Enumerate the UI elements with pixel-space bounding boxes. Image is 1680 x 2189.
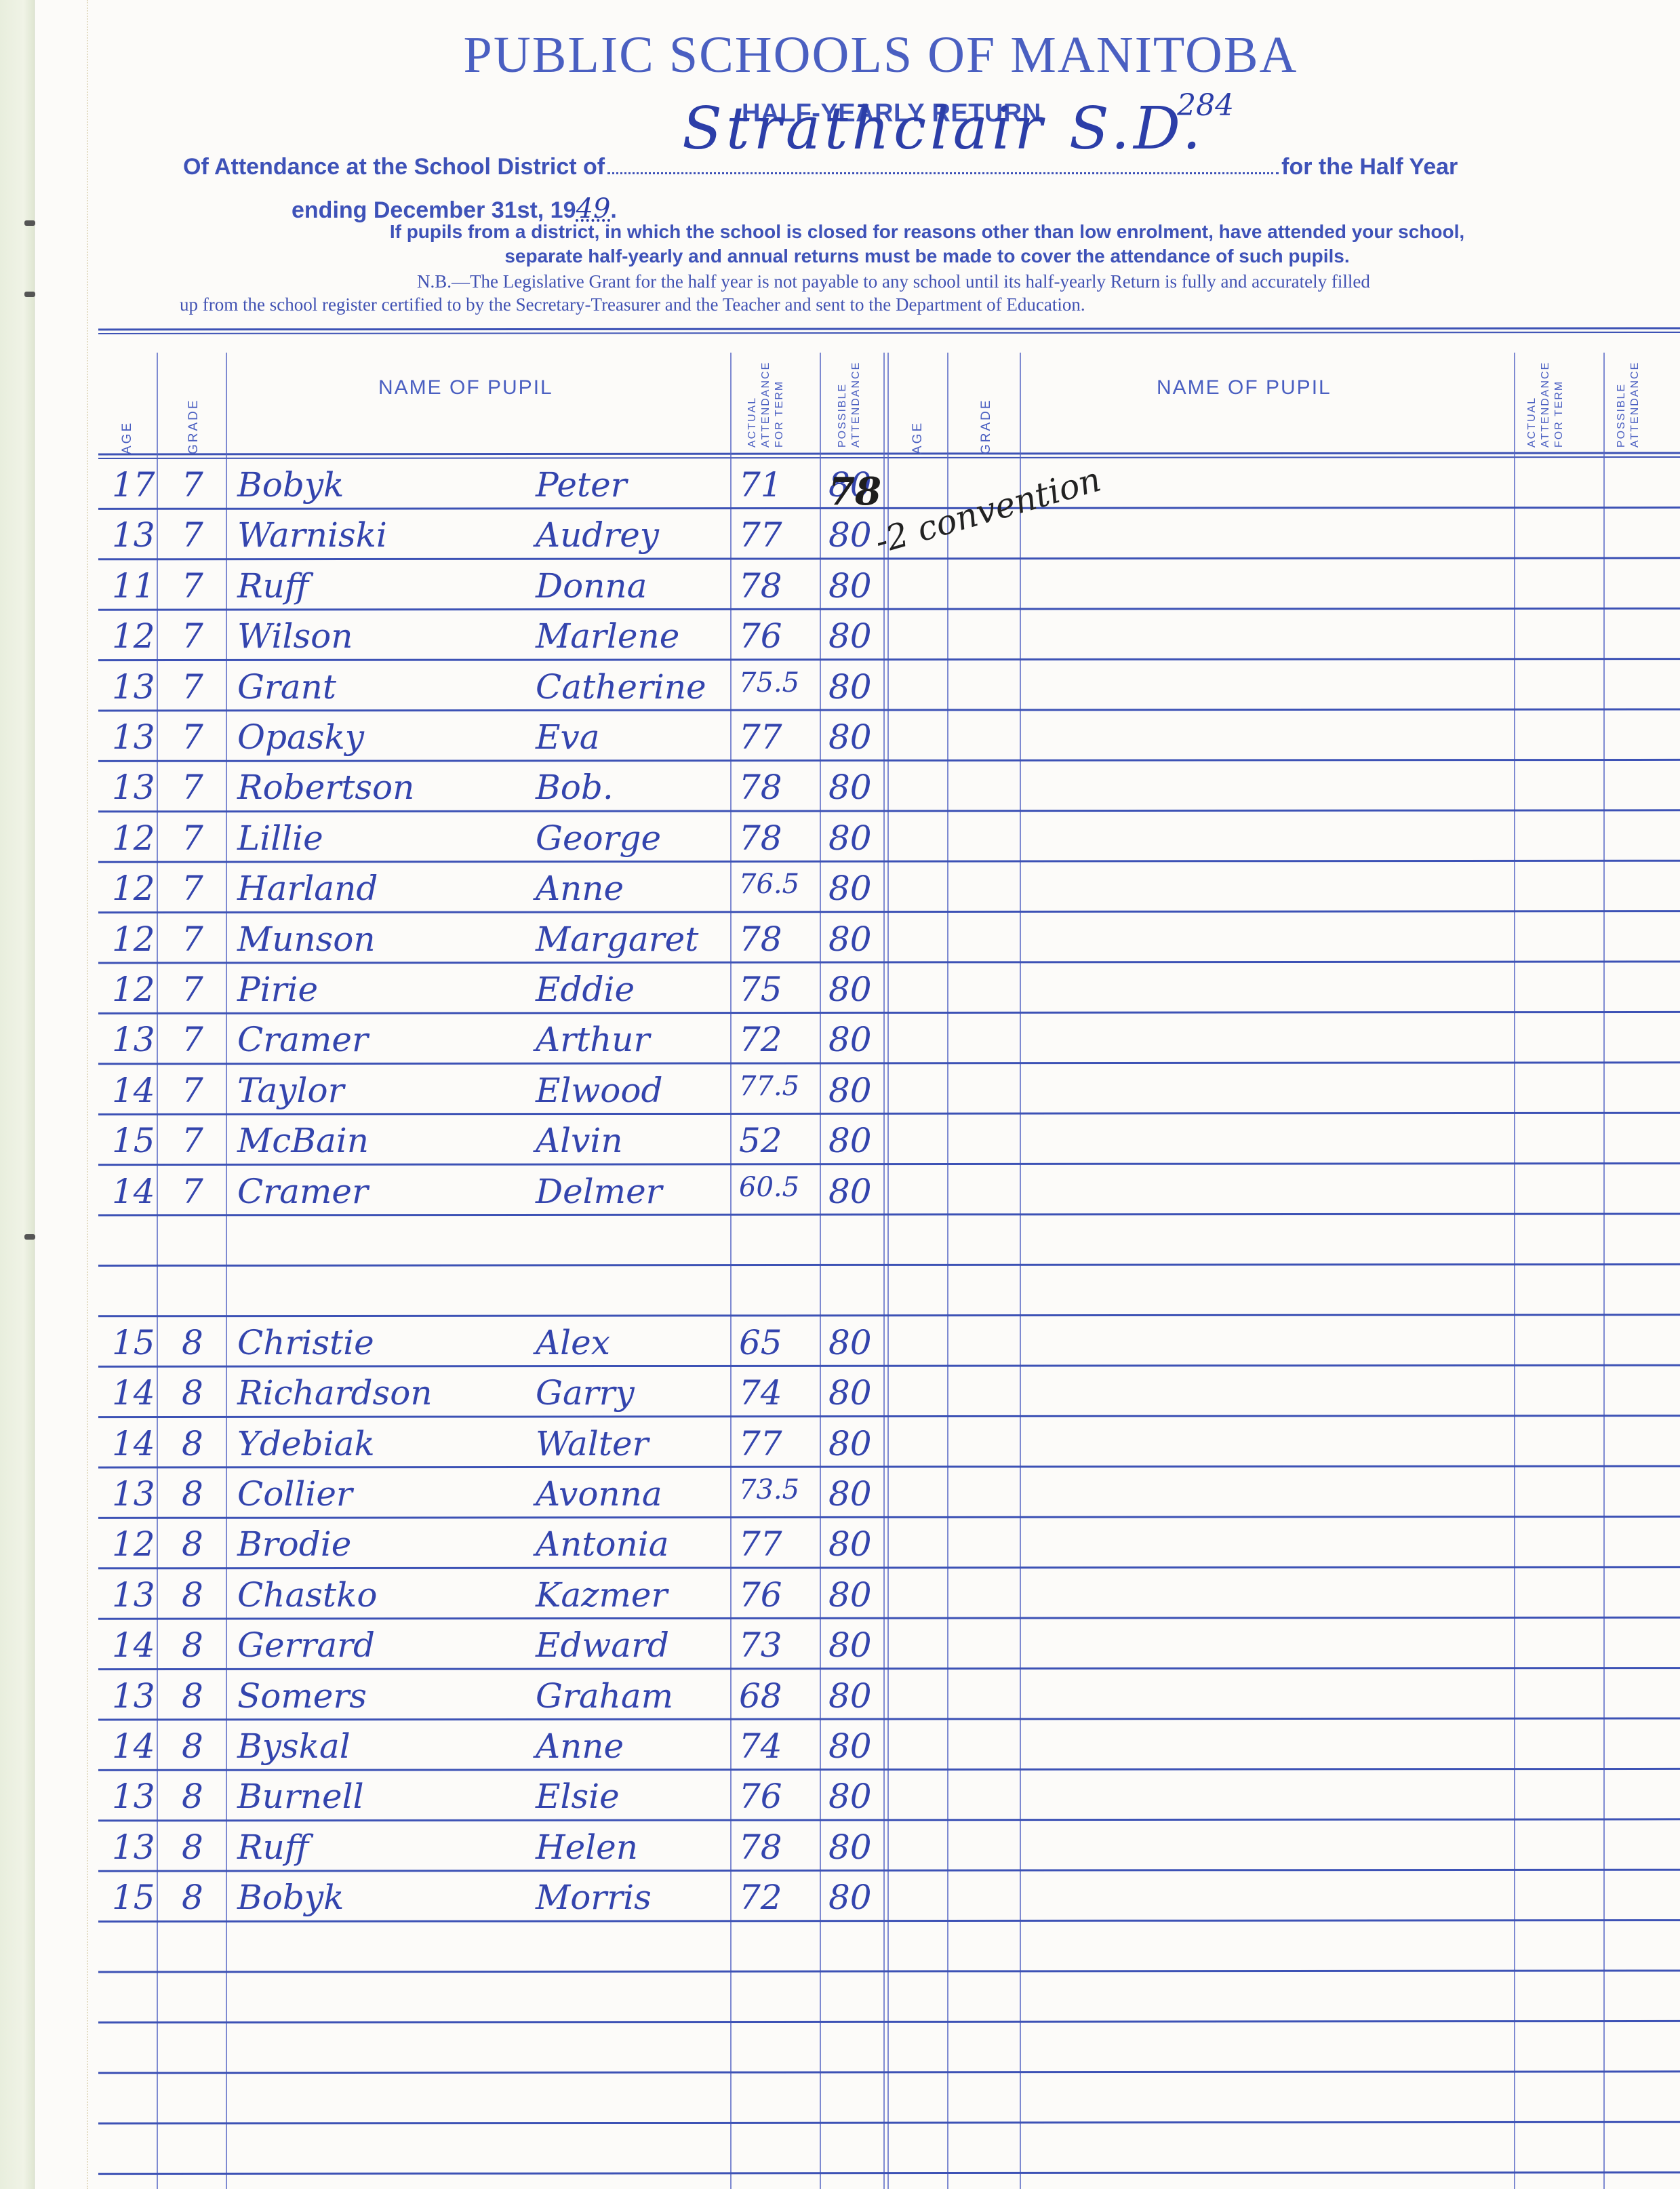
surname-cell: Ruff [237, 1828, 308, 1867]
grade-cell: 7 [182, 515, 203, 555]
given-name-cell: Eddie [536, 970, 635, 1009]
given-name-cell: Garry [536, 1373, 635, 1413]
actual-attendance-cell: 78 [739, 920, 782, 959]
convention-note: -2 convention [871, 460, 1105, 561]
grade-cell: 8 [182, 1878, 203, 1917]
district-line: Of Attendance at the School District ofS… [183, 153, 1458, 180]
nb-line: up from the school register certified to… [180, 293, 1675, 316]
possible-attendance-cell: 80 [828, 1676, 872, 1716]
district-field[interactable]: Strathclair S.D.284 [607, 153, 1279, 174]
given-name-cell: Alvin [536, 1121, 623, 1160]
col-age-right: AGE [911, 400, 925, 454]
surname-cell: Bobyk [237, 1878, 344, 1917]
nb-line: N.B.—The Legislative Grant for the half … [180, 270, 1675, 293]
grade-cell: 8 [182, 1575, 203, 1615]
grade-cell: 8 [182, 1828, 203, 1867]
given-name-cell: George [536, 819, 661, 858]
age-cell: 17 [112, 465, 155, 505]
age-cell: 11 [112, 566, 155, 606]
given-name-cell: Morris [536, 1878, 652, 1917]
given-name-cell: Walter [536, 1424, 648, 1463]
surname-cell: Grant [237, 667, 336, 707]
actual-attendance-cell: 74 [739, 1727, 782, 1766]
actual-attendance-cell: 77 [739, 1424, 782, 1463]
surname-cell: Brodie [237, 1524, 351, 1564]
col-possible: POSSIBLE ATTENDANCE [836, 339, 864, 448]
possible-attendance-cell: 80 [828, 1524, 872, 1564]
age-cell: 14 [112, 1172, 155, 1211]
given-name-cell: Margaret [536, 920, 698, 959]
grade-cell: 7 [182, 920, 203, 959]
actual-attendance-cell: 77 [739, 515, 782, 555]
possible-attendance-cell: 80 [828, 566, 872, 606]
given-name-cell: Delmer [536, 1172, 662, 1211]
surname-cell: Harland [237, 869, 378, 908]
possible-attendance-cell: 80 [828, 1474, 872, 1514]
age-cell: 13 [112, 1020, 155, 1059]
surname-cell: Collier [237, 1474, 353, 1514]
actual-attendance-cell: 75.5 [739, 667, 799, 698]
possible-attendance-cell: 80 [828, 1071, 872, 1110]
grade-cell: 8 [182, 1323, 203, 1362]
given-name-cell: Elsie [536, 1777, 620, 1816]
possible-attendance-cell: 80 [828, 1373, 872, 1413]
actual-attendance-cell: 68 [739, 1676, 782, 1716]
given-name-cell: Marlene [536, 616, 679, 656]
age-cell: 12 [112, 970, 155, 1009]
possible-attendance-cell: 80 [828, 1777, 872, 1816]
actual-attendance-cell: 78 [739, 1828, 782, 1867]
actual-attendance-cell: 71 [739, 465, 782, 505]
given-name-cell: Eva [536, 717, 600, 757]
grade-cell: 7 [182, 1172, 203, 1211]
actual-attendance-cell: 72 [739, 1878, 782, 1917]
actual-attendance-cell: 74 [739, 1373, 782, 1413]
grade-cell: 7 [182, 1121, 203, 1160]
age-cell: 13 [112, 667, 155, 707]
given-name-cell: Avonna [536, 1474, 662, 1514]
surname-cell: Wilson [237, 616, 353, 656]
possible-attendance-cell: 80 [828, 1727, 872, 1766]
perforation-line [87, 0, 88, 2189]
possible-attendance-cell: 80 [828, 667, 872, 707]
possible-attendance-cell: 80 [828, 970, 872, 1009]
district-number: 284 [1177, 88, 1234, 123]
surname-cell: Lillie [237, 819, 323, 858]
surname-cell: Ruff [237, 566, 308, 606]
possible-attendance-cell: 80 [828, 616, 872, 656]
notice-line: If pupils from a district, in which the … [180, 220, 1675, 244]
surname-cell: Somers [237, 1676, 367, 1716]
age-cell: 14 [112, 1424, 155, 1463]
grade-cell: 7 [182, 1020, 203, 1059]
age-cell: 14 [112, 1071, 155, 1110]
given-name-cell: Bob. [536, 768, 614, 807]
actual-attendance-cell: 78 [739, 566, 782, 606]
staple [24, 220, 35, 226]
col-name: NAME OF PUPIL [378, 376, 553, 399]
age-cell: 12 [112, 920, 155, 959]
given-name-cell: Audrey [536, 515, 659, 555]
given-name-cell: Anne [536, 869, 624, 908]
grade-cell: 7 [182, 616, 203, 656]
grade-cell: 8 [182, 1373, 203, 1413]
possible-attendance-cell: 80 [828, 515, 872, 555]
grade-cell: 8 [182, 1727, 203, 1766]
grade-cell: 7 [182, 465, 203, 505]
surname-cell: Burnell [237, 1777, 364, 1816]
possible-attendance-cell: 80 [828, 768, 872, 807]
surname-cell: Robertson [237, 768, 414, 807]
actual-attendance-cell: 76.5 [739, 869, 799, 900]
possible-attendance-cell: 80 [828, 717, 872, 757]
possible-attendance-cell: 80 [828, 1172, 872, 1211]
surname-cell: Ydebiak [237, 1424, 375, 1463]
age-cell: 12 [112, 616, 155, 656]
district-prefix: Of Attendance at the School District of [183, 154, 605, 180]
grade-cell: 7 [182, 1071, 203, 1110]
possible-attendance-cell: 80 [828, 1828, 872, 1867]
surname-cell: Munson [237, 920, 376, 959]
district-name: Strathclair S.D. [682, 95, 1205, 163]
actual-attendance-cell: 76 [739, 1777, 782, 1816]
notice: If pupils from a district, in which the … [180, 220, 1675, 269]
age-cell: 13 [112, 717, 155, 757]
actual-attendance-cell: 78 [739, 768, 782, 807]
actual-attendance-cell: 76 [739, 616, 782, 656]
col-actual-right: ACTUAL ATTENDANCE FOR TERM [1525, 339, 1567, 448]
actual-attendance-cell: 73.5 [739, 1474, 799, 1505]
age-cell: 15 [112, 1323, 155, 1362]
col-possible-right: POSSIBLE ATTENDANCE [1615, 339, 1643, 448]
age-cell: 12 [112, 869, 155, 908]
given-name-cell: Helen [536, 1828, 638, 1867]
possible-attendance-cell: 80 [828, 1878, 872, 1917]
staple [24, 1234, 35, 1240]
given-name-cell: Arthur [536, 1020, 649, 1059]
possible-attendance-cell: 80 [828, 1121, 872, 1160]
given-name-cell: Alex [536, 1323, 610, 1362]
surname-cell: Warniski [237, 515, 387, 555]
grade-cell: 7 [182, 819, 203, 858]
given-name-cell: Antonia [536, 1524, 669, 1564]
col-name-right: NAME OF PUPIL [1157, 376, 1332, 399]
actual-attendance-cell: 72 [739, 1020, 782, 1059]
age-cell: 13 [112, 1777, 155, 1816]
age-cell: 15 [112, 1878, 155, 1917]
given-name-cell: Edward [536, 1625, 669, 1665]
grade-cell: 7 [182, 869, 203, 908]
possible-attendance-cell: 80 [828, 1020, 872, 1059]
nb-note: N.B.—The Legislative Grant for the half … [180, 270, 1675, 316]
surname-cell: Christie [237, 1323, 374, 1362]
given-name-cell: Kazmer [536, 1575, 667, 1615]
district-suffix: for the Half Year [1281, 154, 1458, 180]
surname-cell: Richardson [237, 1373, 433, 1413]
possible-attendance-cell: 80 [828, 1625, 872, 1665]
staple [24, 292, 35, 297]
age-cell: 13 [112, 1676, 155, 1716]
surname-cell: Opasky [237, 717, 364, 757]
age-cell: 12 [112, 819, 155, 858]
grade-cell: 7 [182, 970, 203, 1009]
surname-cell: McBain [237, 1121, 369, 1160]
grade-cell: 7 [182, 717, 203, 757]
surname-cell: Chastko [237, 1575, 377, 1615]
actual-attendance-cell: 77 [739, 717, 782, 757]
possible-attendance-cell: 80 [828, 819, 872, 858]
surname-cell: Bobyk [237, 465, 344, 505]
possible-attendance-cell: 80 [828, 1424, 872, 1463]
surname-cell: Taylor [237, 1071, 344, 1110]
actual-attendance-cell: 75 [739, 970, 782, 1009]
form-title: PUBLIC SCHOOLS OF MANITOBA [0, 26, 1680, 85]
possible-attendance-cell: 80 [828, 920, 872, 959]
surname-cell: Gerrard [237, 1625, 375, 1665]
actual-attendance-cell: 78 [739, 819, 782, 858]
grade-cell: 8 [182, 1777, 203, 1816]
grade-cell: 8 [182, 1524, 203, 1564]
age-cell: 13 [112, 1474, 155, 1514]
actual-attendance-cell: 76 [739, 1575, 782, 1615]
age-cell: 13 [112, 768, 155, 807]
age-cell: 15 [112, 1121, 155, 1160]
col-grade: GRADE [187, 363, 201, 454]
notice-line: separate half-yearly and annual returns … [180, 244, 1675, 269]
surname-cell: Cramer [237, 1172, 368, 1211]
age-cell: 13 [112, 1575, 155, 1615]
age-cell: 14 [112, 1625, 155, 1665]
grade-cell: 8 [182, 1474, 203, 1514]
given-name-cell: Graham [536, 1676, 673, 1716]
grade-cell: 7 [182, 768, 203, 807]
given-name-cell: Peter [536, 465, 627, 505]
actual-attendance-cell: 77.5 [739, 1071, 799, 1102]
age-cell: 12 [112, 1524, 155, 1564]
actual-attendance-cell: 65 [739, 1323, 782, 1362]
actual-attendance-cell: 77 [739, 1524, 782, 1564]
age-cell: 14 [112, 1373, 155, 1413]
grade-cell: 7 [182, 667, 203, 707]
age-cell: 14 [112, 1727, 155, 1766]
surname-cell: Cramer [237, 1020, 368, 1059]
possible-attendance-cell: 80 [828, 1323, 872, 1362]
grade-cell: 8 [182, 1676, 203, 1716]
actual-attendance-cell: 73 [739, 1625, 782, 1665]
age-cell: 13 [112, 515, 155, 555]
surname-cell: Pirie [237, 970, 318, 1009]
age-cell: 13 [112, 1828, 155, 1867]
col-grade-right: GRADE [980, 363, 993, 454]
given-name-cell: Donna [536, 566, 647, 606]
grade-cell: 8 [182, 1625, 203, 1665]
col-actual: ACTUAL ATTENDANCE FOR TERM [746, 339, 788, 448]
possible-attendance-cell: 80 [828, 869, 872, 908]
page-binding [0, 0, 35, 2189]
given-name-cell: Elwood [536, 1071, 663, 1110]
col-age: AGE [121, 380, 134, 454]
grade-cell: 8 [182, 1424, 203, 1463]
given-name-cell: Anne [536, 1727, 624, 1766]
possible-attendance-cell: 80 [828, 1575, 872, 1615]
actual-attendance-cell: 52 [739, 1121, 782, 1160]
grade-cell: 7 [182, 566, 203, 606]
surname-cell: Byskal [237, 1727, 351, 1766]
actual-attendance-cell: 60.5 [739, 1172, 799, 1203]
given-name-cell: Catherine [536, 667, 706, 707]
correction-mark: 78 [828, 469, 881, 514]
